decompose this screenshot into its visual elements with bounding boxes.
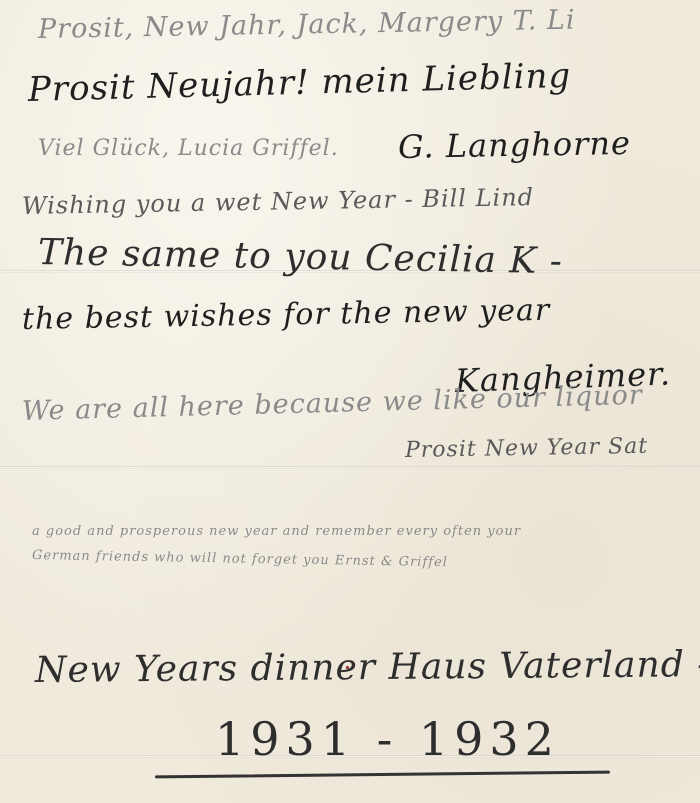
red-dot-mark (346, 666, 349, 669)
heading-new-years-dinner: New Years dinner Haus Vaterland - (35, 644, 700, 691)
heading-year-range: 1931 - 1932 (215, 712, 560, 766)
greeting-line-lucia-griffel: Viel Glück, Lucia Griffel. (38, 136, 339, 161)
greeting-line-prosperous: a good and prosperous new year and remem… (32, 524, 521, 539)
greeting-line-prosit-new-year: Prosit New Year Sat (405, 434, 649, 463)
signature-langhorne: G. Langhorne (398, 124, 632, 166)
paper-fold-middle (0, 466, 700, 469)
